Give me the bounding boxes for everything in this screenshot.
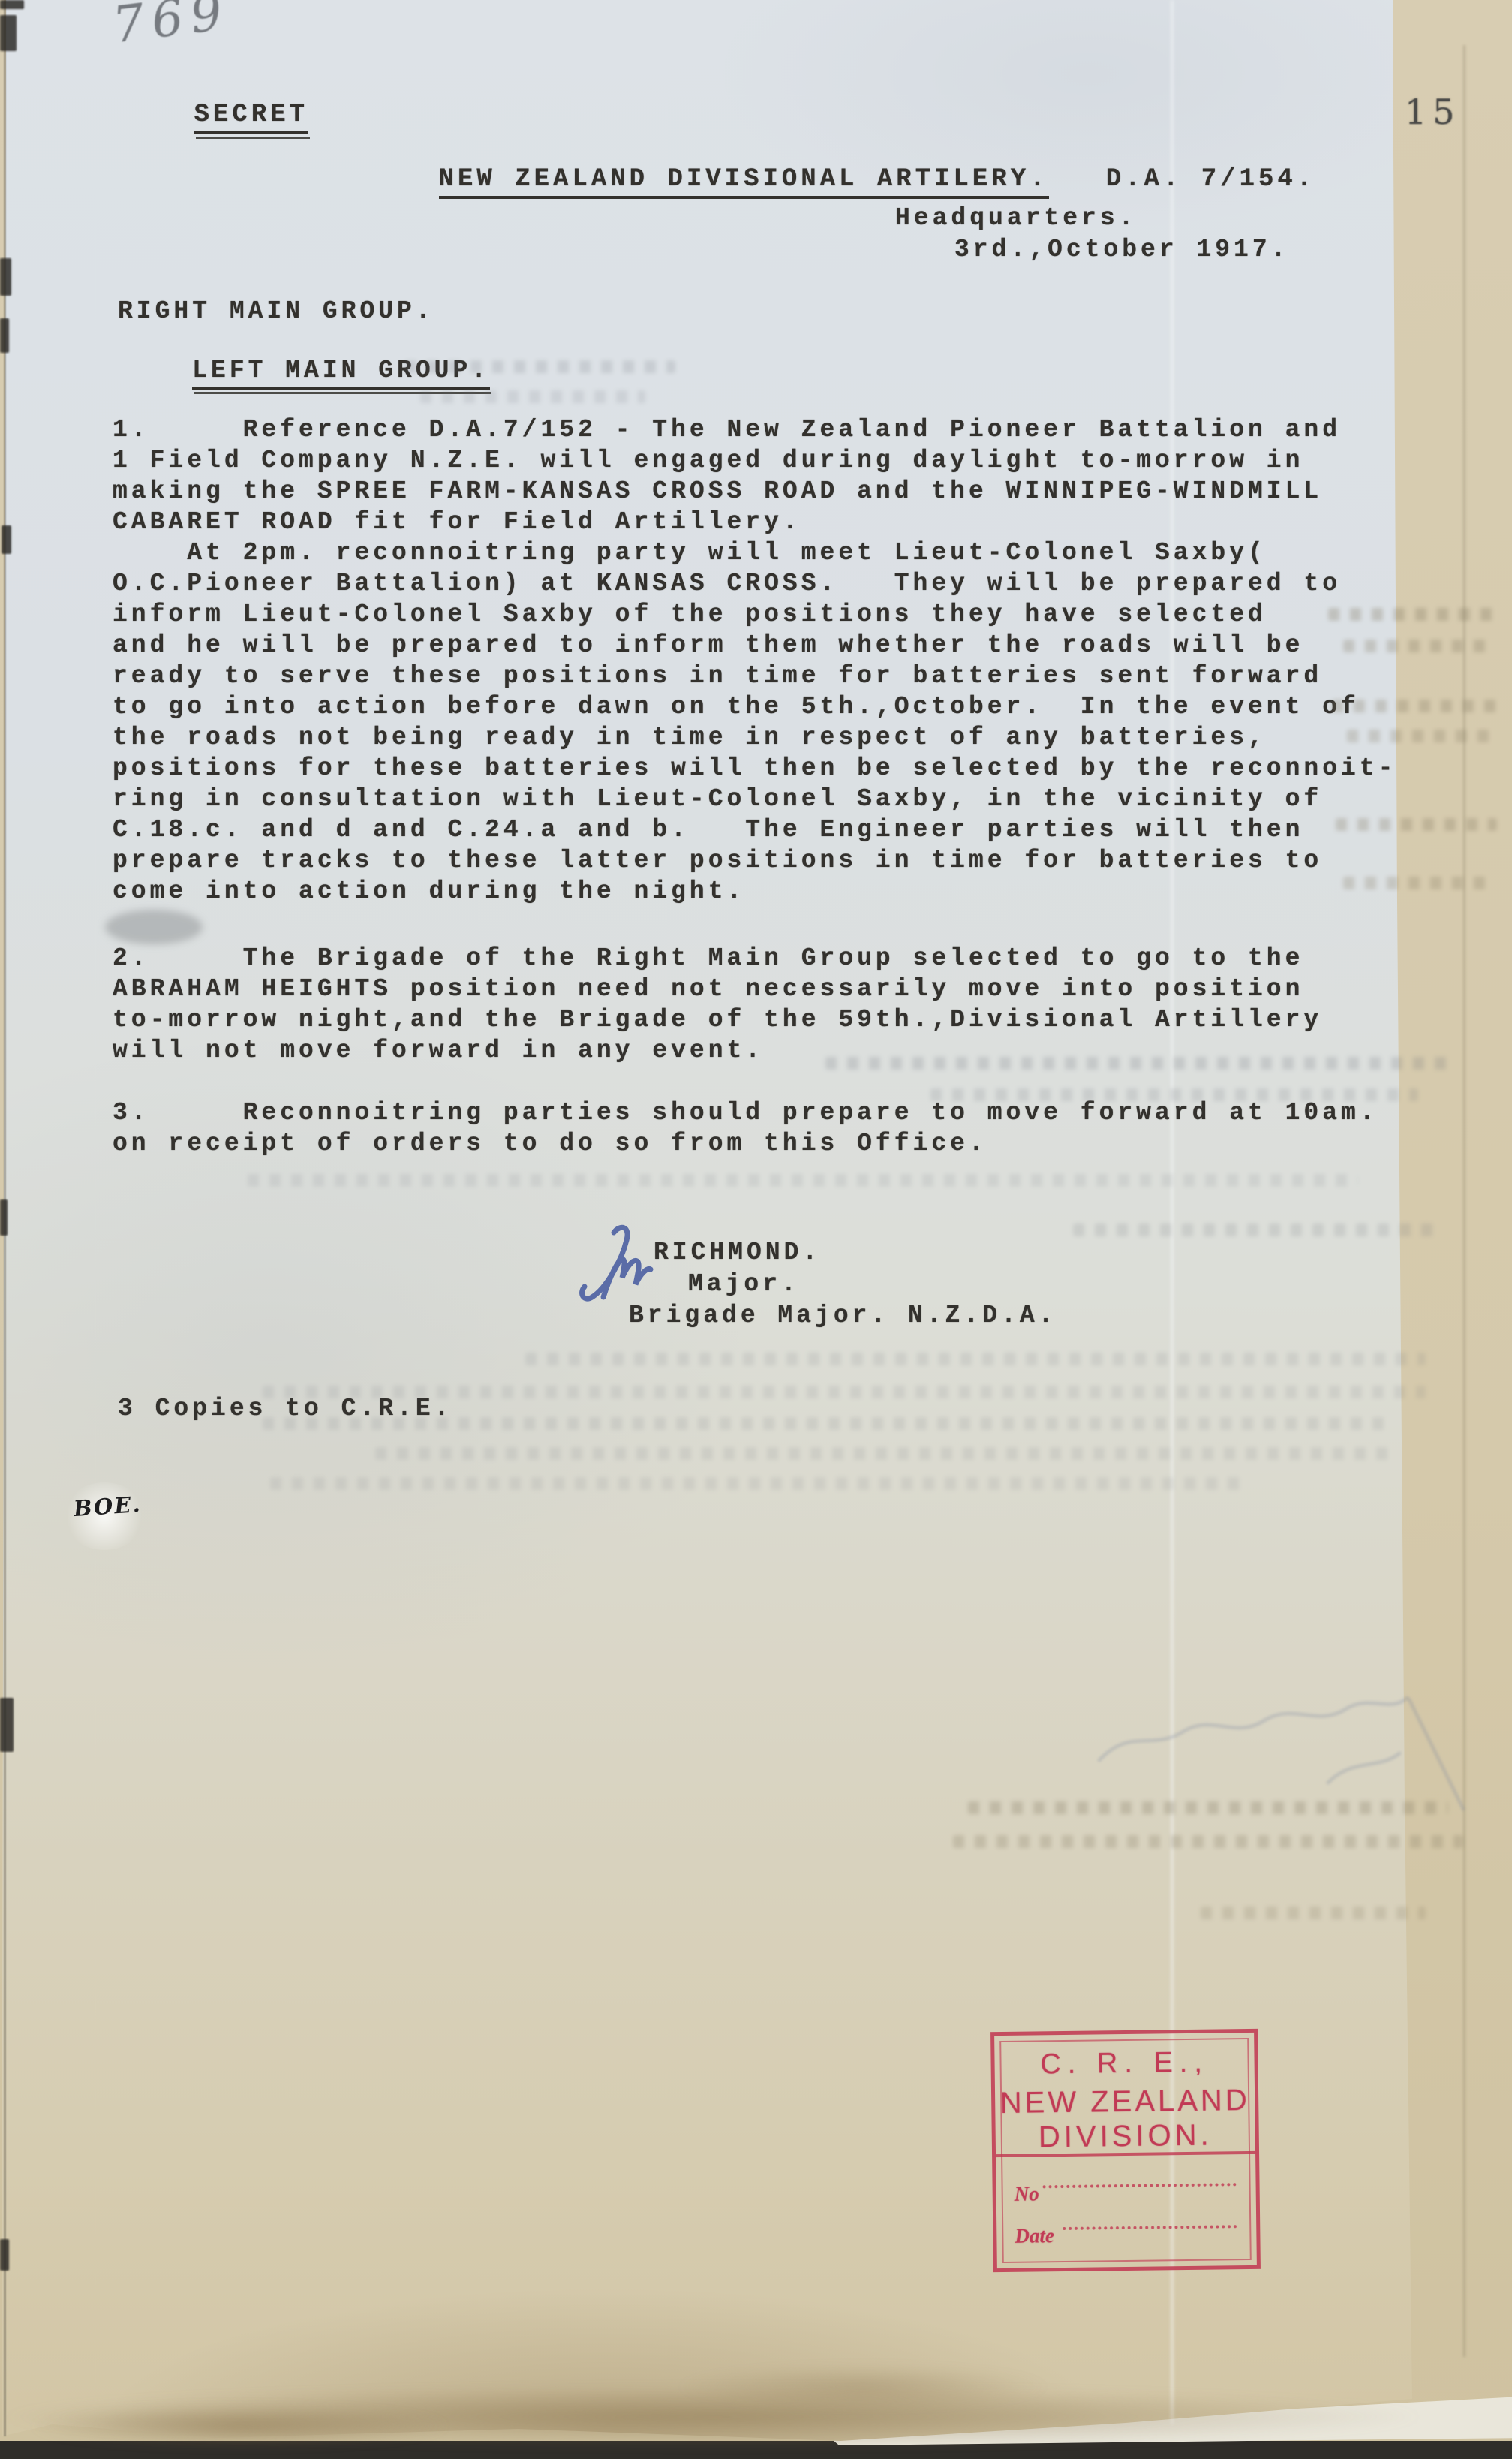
bleed-through-text — [1336, 818, 1497, 831]
bleed-through-text — [1201, 1907, 1426, 1919]
typed-line: inform Lieut-Colonel Saxby of the positi… — [113, 599, 1396, 630]
typed-line: ready to serve these positions in time f… — [113, 661, 1396, 691]
stain — [30, 2406, 450, 2447]
bleed-through-text — [930, 1088, 1418, 1101]
edge-mark — [0, 1698, 14, 1752]
paper-crease — [1463, 45, 1465, 2357]
stamp-line-3: DIVISION. — [996, 2118, 1256, 2155]
bleed-through-text — [525, 1353, 1426, 1365]
stamp-no-label: No — [1015, 2182, 1039, 2205]
classification-marking: SECRET — [118, 72, 308, 158]
signatory-title: Brigade Major. N.Z.D.A. — [629, 1302, 1057, 1329]
typed-line: ring in consultation with Lieut-Colonel … — [113, 784, 1396, 814]
typed-line: At 2pm. reconnoitring party will meet Li… — [113, 537, 1396, 568]
edge-mark — [0, 1199, 8, 1236]
bleed-through-text — [1328, 608, 1497, 621]
handwritten-annotation: BOE. — [73, 1491, 143, 1521]
typed-line: and he will be prepared to inform them w… — [113, 630, 1396, 661]
title-spacer — [1049, 165, 1106, 194]
scanned-document: 15 769 SECRET NEW ZEALAND DIVISIONAL ART… — [0, 0, 1512, 2459]
typed-line: to-morrow night,and the Brigade of the 5… — [113, 1004, 1322, 1035]
document-title: NEW ZEALAND DIVISIONAL ARTILERY. — [439, 165, 1049, 199]
origin-line: Headquarters. — [895, 204, 1137, 232]
page-number-stamp: 15 — [1405, 92, 1461, 132]
stamp-date-label: Date — [1015, 2224, 1054, 2248]
stain — [675, 2364, 1051, 2409]
cre-division-stamp: C. R. E., NEW ZEALAND DIVISION. No Date — [990, 2029, 1261, 2272]
bleed-through-text — [1343, 640, 1493, 652]
bleed-through-text — [263, 1417, 1388, 1430]
date-line: 3rd.,October 1917. — [954, 236, 1289, 263]
typed-line: prepare tracks to these latter positions… — [113, 845, 1396, 876]
bleed-through-text — [405, 360, 675, 373]
signatory-rank: Major. — [688, 1270, 800, 1298]
classification-text: SECRET — [194, 101, 308, 134]
edge-mark — [0, 2239, 9, 2271]
bleed-through-text — [1343, 877, 1493, 889]
typed-line: the roads not being ready in time in res… — [113, 722, 1396, 753]
edge-mark — [0, 318, 9, 353]
typed-line: C.18.c. and d and C.24.a and b. The Engi… — [113, 814, 1396, 845]
reference-number: D.A. 7/154. — [1106, 165, 1315, 194]
pencil-smudge — [105, 910, 203, 944]
bleed-through-text — [420, 390, 645, 403]
signatory-name: RICHMOND. — [654, 1239, 821, 1266]
bleed-through-text — [270, 1477, 1246, 1490]
edge-mark — [2, 525, 11, 554]
document-title-line: NEW ZEALAND DIVISIONAL ARTILERY. D.A. 7/… — [362, 137, 1315, 222]
typed-line: 3. Reconnoitring parties should prepare … — [113, 1097, 1378, 1128]
typed-line: 2. The Brigade of the Right Main Group s… — [113, 943, 1322, 974]
typed-line: 1 Field Company N.Z.E. will engaged duri… — [113, 445, 1396, 476]
bleed-through-text — [825, 1057, 1448, 1070]
paragraph-1: 1. Reference D.A.7/152 - The New Zealand… — [113, 414, 1396, 907]
typed-line: come into action during the night. — [113, 876, 1396, 907]
bleed-through-signature — [1081, 1666, 1501, 1839]
typed-line: 1. Reference D.A.7/152 - The New Zealand… — [113, 414, 1396, 445]
stamp-line-2: NEW ZEALAND — [995, 2084, 1255, 2120]
typed-line: positions for these batteries will then … — [113, 753, 1396, 784]
addressee-right-main-group: RIGHT MAIN GROUP. — [118, 297, 434, 325]
edge-mark — [0, 258, 11, 296]
bleed-through-text — [1073, 1223, 1433, 1236]
edge-mark — [0, 15, 17, 51]
paragraph-2: 2. The Brigade of the Right Main Group s… — [113, 943, 1322, 1066]
stamp-line-1: C. R. E., — [994, 2046, 1254, 2081]
typed-line: CABARET ROAD fit for Field Artillery. — [113, 507, 1396, 537]
paragraph-3: 3. Reconnoitring parties should prepare … — [113, 1097, 1378, 1159]
typed-line: on receipt of orders to do so from this … — [113, 1128, 1378, 1159]
typed-line: making the SPREE FARM-KANSAS CROSS ROAD … — [113, 476, 1396, 507]
bleed-through-text — [1332, 700, 1497, 712]
bleed-through-text — [1347, 730, 1493, 742]
typed-line: O.C.Pioneer Battalion) at KANSAS CROSS. … — [113, 568, 1396, 599]
bleed-through-text — [375, 1447, 1388, 1460]
typed-line: ABRAHAM HEIGHTS position need not necess… — [113, 974, 1322, 1004]
bleed-through-text — [248, 1174, 1358, 1187]
bleed-through-text — [263, 1386, 1426, 1398]
typed-line: to go into action before dawn on the 5th… — [113, 691, 1396, 722]
edge-mark — [0, 0, 24, 9]
